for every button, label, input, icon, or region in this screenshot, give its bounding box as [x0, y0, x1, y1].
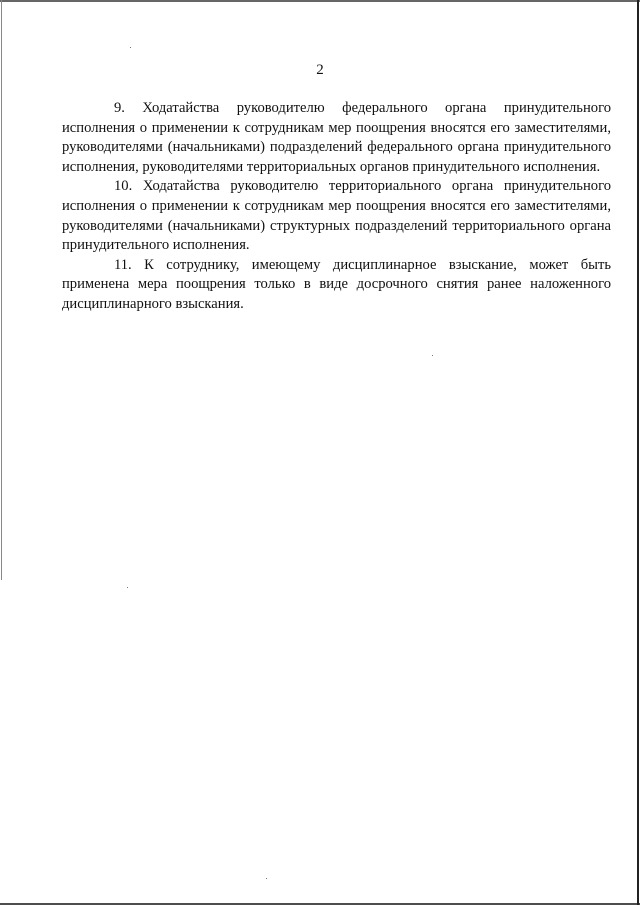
scan-speck — [127, 587, 128, 588]
paragraph-11: 11. К сотруднику, имеющему дисциплинарно… — [62, 256, 611, 315]
scan-border-right — [637, 0, 639, 905]
scan-speck — [266, 878, 267, 879]
scan-speck — [130, 47, 131, 48]
scan-border-left — [1, 0, 2, 580]
scan-speck — [432, 355, 433, 356]
document-body: 9. Ходатайства руководителю федерального… — [62, 99, 611, 315]
paragraph-9: 9. Ходатайства руководителю федерального… — [62, 99, 611, 177]
document-page: 2 9. Ходатайства руководителю федерально… — [0, 0, 640, 905]
paragraph-10: 10. Ходатайства руководителю территориал… — [62, 177, 611, 255]
page-number: 2 — [0, 62, 640, 79]
scan-border-top — [0, 0, 640, 2]
